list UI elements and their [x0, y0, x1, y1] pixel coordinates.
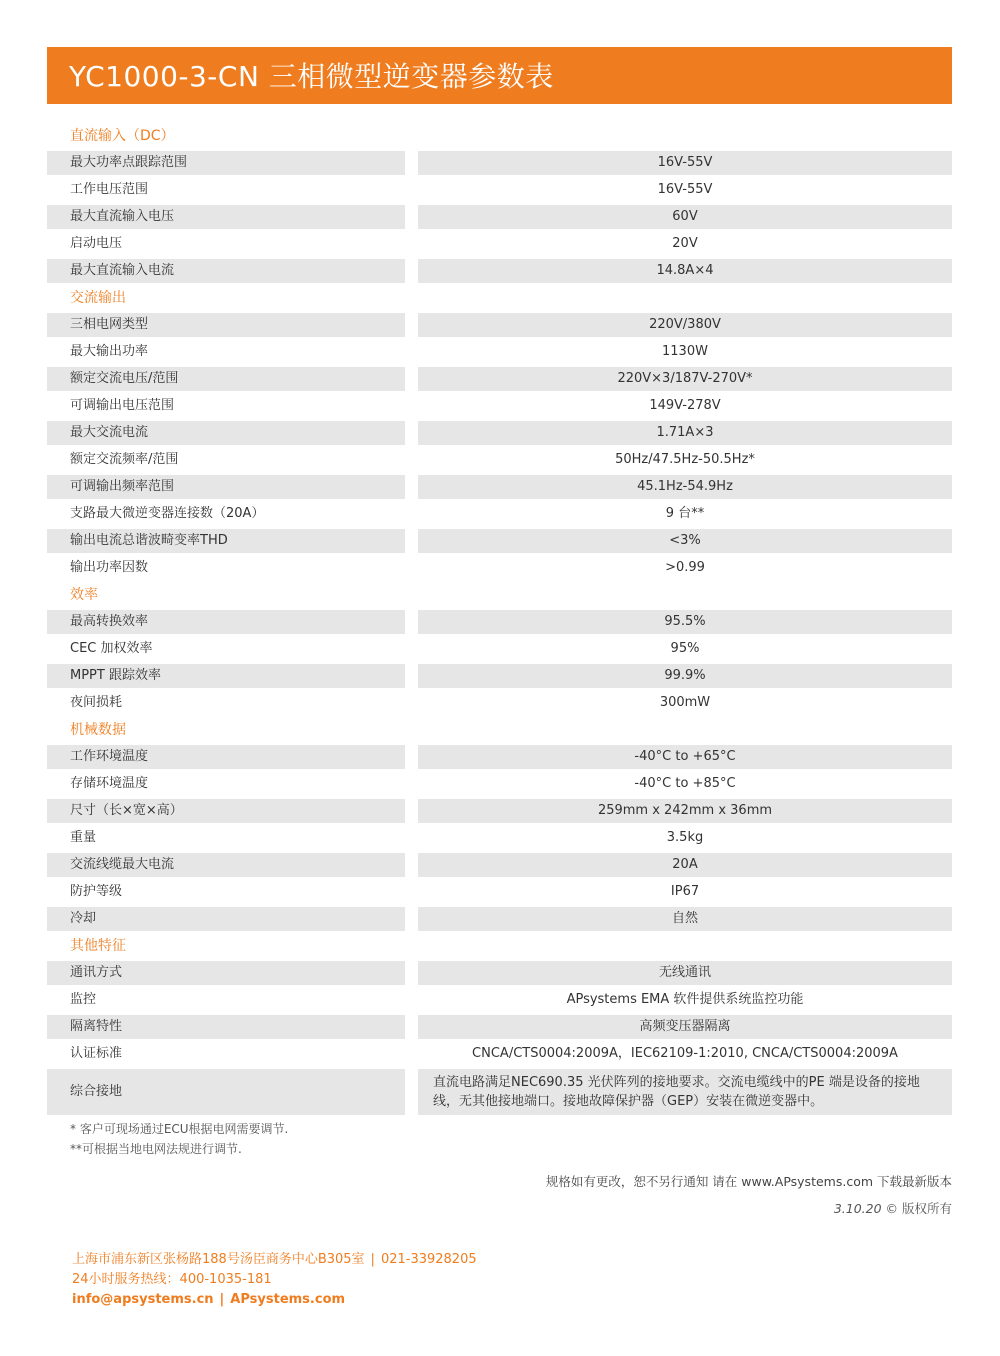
row-value: 20V — [418, 232, 952, 256]
row-label: 最大直流输入电流 — [47, 259, 405, 283]
row-label: 交流线缆最大电流 — [47, 853, 405, 877]
row-label: 存储环境温度 — [47, 772, 405, 796]
page-title: YC1000-3-CN 三相微型逆变器参数表 — [69, 55, 554, 95]
row-value: 95% — [418, 637, 952, 661]
row-value: 9 台** — [418, 502, 952, 526]
section-header-ac-output: 交流输出 — [47, 285, 952, 312]
row-label: 通讯方式 — [47, 961, 405, 985]
table-row: 支路最大微逆变器连接数（20A）9 台** — [47, 501, 952, 528]
row-label: 综合接地 — [47, 1069, 405, 1115]
table-row: 启动电压20V — [47, 231, 952, 258]
row-label: 重量 — [47, 826, 405, 850]
row-label: 冷却 — [47, 907, 405, 931]
address: 上海市浦东新区张杨路188号汤臣商务中心B305室 — [72, 1252, 365, 1267]
row-value: APsystems EMA 软件提供系统监控功能 — [418, 988, 952, 1012]
footnotes: * 客户可现场通过ECU根据电网需要调节. **可根据当地电网法规进行调节. — [70, 1119, 288, 1159]
row-label: MPPT 跟踪效率 — [47, 664, 405, 688]
table-row: 监控APsystems EMA 软件提供系统监控功能 — [47, 987, 952, 1014]
separator: | — [371, 1252, 375, 1267]
phone: 021-33928205 — [381, 1252, 477, 1267]
row-value: 高频变压器隔离 — [418, 1015, 952, 1039]
section-header-efficiency: 效率 — [47, 582, 952, 609]
footnote-double-asterisk: **可根据当地电网法规进行调节. — [70, 1139, 288, 1159]
links-line: info@apsystems.cn|APsystems.com — [72, 1290, 477, 1310]
address-line: 上海市浦东新区张杨路188号汤臣商务中心B305室|021-33928205 — [72, 1250, 477, 1270]
version-date: 3.10.20 — [834, 1201, 882, 1216]
table-row: 存储环境温度-40°C to +85°C — [47, 771, 952, 798]
table-row: 工作环境温度-40°C to +65°C — [47, 744, 952, 771]
table-row: 交流线缆最大电流20A — [47, 852, 952, 879]
row-label: 最大交流电流 — [47, 421, 405, 445]
row-label: 最大功率点跟踪范围 — [47, 151, 405, 175]
row-value: 259mm x 242mm x 36mm — [418, 799, 952, 823]
row-label: 启动电压 — [47, 232, 405, 256]
row-value: CNCA/CTS0004:2009A，IEC62109-1:2010, CNCA… — [418, 1042, 952, 1066]
row-value: 95.5% — [418, 610, 952, 634]
row-label: 认证标准 — [47, 1042, 405, 1066]
hotline: 24小时服务热线：400-1035-181 — [72, 1270, 477, 1290]
table-row: 最大功率点跟踪范围16V-55V — [47, 150, 952, 177]
section-header-mechanical: 机械数据 — [47, 717, 952, 744]
separator: | — [220, 1292, 225, 1307]
table-row: 通讯方式无线通讯 — [47, 960, 952, 987]
row-label: 工作环境温度 — [47, 745, 405, 769]
row-value: 直流电路满足NEC690.35 光伏阵列的接地要求。交流电缆线中的PE 端是设备… — [418, 1069, 952, 1115]
table-row: 认证标准CNCA/CTS0004:2009A，IEC62109-1:2010, … — [47, 1041, 952, 1068]
row-value: -40°C to +65°C — [418, 745, 952, 769]
row-label: 最高转换效率 — [47, 610, 405, 634]
row-value: 14.8A×4 — [418, 259, 952, 283]
row-label: 支路最大微逆变器连接数（20A） — [47, 502, 405, 526]
disclaimer: 规格如有更改，恕不另行通知 请在 www.APsystems.com 下载最新版… — [546, 1172, 952, 1190]
row-value: 45.1Hz-54.9Hz — [418, 475, 952, 499]
row-value: 20A — [418, 853, 952, 877]
table-row: 最大直流输入电压60V — [47, 204, 952, 231]
row-value: 自然 — [418, 907, 952, 931]
title-banner: YC1000-3-CN 三相微型逆变器参数表 — [47, 47, 952, 104]
row-value: 220V/380V — [418, 313, 952, 337]
row-value: 1.71A×3 — [418, 421, 952, 445]
row-label: 额定交流频率/范围 — [47, 448, 405, 472]
row-label: 隔离特性 — [47, 1015, 405, 1039]
row-label: 防护等级 — [47, 880, 405, 904]
table-row: 三相电网类型220V/380V — [47, 312, 952, 339]
row-value: 149V-278V — [418, 394, 952, 418]
table-row: 冷却自然 — [47, 906, 952, 933]
table-row: 最大直流输入电流14.8A×4 — [47, 258, 952, 285]
table-row: MPPT 跟踪效率99.9% — [47, 663, 952, 690]
spec-table: 直流输入（DC） 最大功率点跟踪范围16V-55V 工作电压范围16V-55V … — [47, 123, 952, 1116]
row-label: 额定交流电压/范围 — [47, 367, 405, 391]
row-value: -40°C to +85°C — [418, 772, 952, 796]
copyright-text: © 版权所有 — [886, 1201, 952, 1216]
table-row: 可调输出频率范围45.1Hz-54.9Hz — [47, 474, 952, 501]
website-link[interactable]: APsystems.com — [230, 1292, 345, 1307]
row-label: 工作电压范围 — [47, 178, 405, 202]
table-row: 最大输出功率1130W — [47, 339, 952, 366]
row-value: 99.9% — [418, 664, 952, 688]
table-row: 最大交流电流1.71A×3 — [47, 420, 952, 447]
row-label: 最大输出功率 — [47, 340, 405, 364]
table-row: 夜间损耗300mW — [47, 690, 952, 717]
row-label: 输出电流总谐波畸变率THD — [47, 529, 405, 553]
row-value: 16V-55V — [418, 178, 952, 202]
row-label: 最大直流输入电压 — [47, 205, 405, 229]
section-header-dc-input: 直流输入（DC） — [47, 123, 952, 150]
row-label: 夜间损耗 — [47, 691, 405, 715]
row-label: 输出功率因数 — [47, 556, 405, 580]
row-label: 三相电网类型 — [47, 313, 405, 337]
contact-block: 上海市浦东新区张杨路188号汤臣商务中心B305室|021-33928205 2… — [72, 1250, 477, 1310]
table-row: 工作电压范围16V-55V — [47, 177, 952, 204]
row-value: 300mW — [418, 691, 952, 715]
table-row: 最高转换效率95.5% — [47, 609, 952, 636]
row-value: 50Hz/47.5Hz-50.5Hz* — [418, 448, 952, 472]
row-label: CEC 加权效率 — [47, 637, 405, 661]
table-row: 额定交流电压/范围220V×3/187V-270V* — [47, 366, 952, 393]
section-header-other-features: 其他特征 — [47, 933, 952, 960]
table-row: 输出功率因数>0.99 — [47, 555, 952, 582]
row-value: 1130W — [418, 340, 952, 364]
row-value: <3% — [418, 529, 952, 553]
table-row: 重量3.5kg — [47, 825, 952, 852]
row-value: 220V×3/187V-270V* — [418, 367, 952, 391]
table-row: 输出电流总谐波畸变率THD<3% — [47, 528, 952, 555]
table-row: 可调输出电压范围149V-278V — [47, 393, 952, 420]
table-row: 额定交流频率/范围50Hz/47.5Hz-50.5Hz* — [47, 447, 952, 474]
row-value: 60V — [418, 205, 952, 229]
row-label: 尺寸（长×宽×高） — [47, 799, 405, 823]
row-label: 可调输出频率范围 — [47, 475, 405, 499]
row-value: 16V-55V — [418, 151, 952, 175]
row-label: 监控 — [47, 988, 405, 1012]
row-value: >0.99 — [418, 556, 952, 580]
copyright: 3.10.20 © 版权所有 — [834, 1199, 952, 1217]
row-value: 无线通讯 — [418, 961, 952, 985]
email-link[interactable]: info@apsystems.cn — [72, 1292, 214, 1307]
table-row: CEC 加权效率95% — [47, 636, 952, 663]
table-row: 隔离特性高频变压器隔离 — [47, 1014, 952, 1041]
table-row: 防护等级IP67 — [47, 879, 952, 906]
table-row: 尺寸（长×宽×高）259mm x 242mm x 36mm — [47, 798, 952, 825]
row-value: 3.5kg — [418, 826, 952, 850]
footnote-single-asterisk: * 客户可现场通过ECU根据电网需要调节. — [70, 1119, 288, 1139]
table-row: 综合接地直流电路满足NEC690.35 光伏阵列的接地要求。交流电缆线中的PE … — [47, 1068, 952, 1116]
row-value: IP67 — [418, 880, 952, 904]
row-label: 可调输出电压范围 — [47, 394, 405, 418]
